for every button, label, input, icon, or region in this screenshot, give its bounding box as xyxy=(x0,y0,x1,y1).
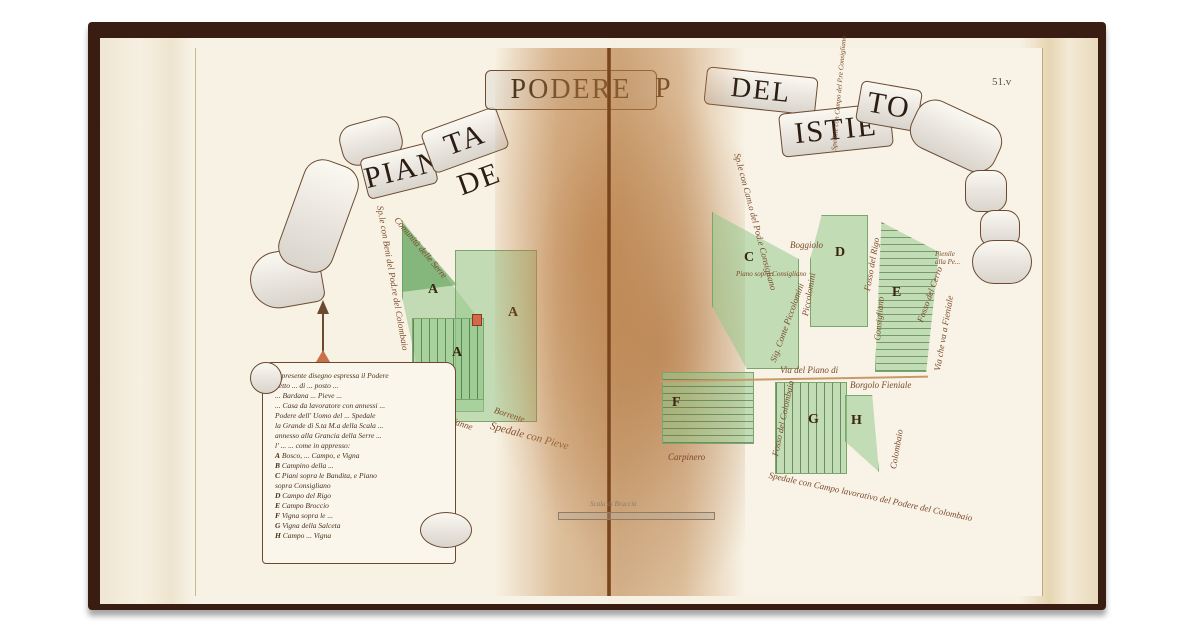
compass-base-icon xyxy=(316,350,330,362)
legend-entry: C Piani sopra le Bandita, e Piano xyxy=(275,471,447,481)
compass-arrowhead-icon xyxy=(317,300,329,314)
parcel-label-f: F xyxy=(672,395,681,411)
legend-entry: A Bosco, ... Campo, e Vigna xyxy=(275,451,447,461)
legend-intro-line: Il presente disegno espressa il Podere xyxy=(275,371,447,381)
label-via-piano: Via del Piano di xyxy=(780,365,838,375)
farmhouse-icon xyxy=(472,314,482,326)
legend-entry: D Campo del Rigo xyxy=(275,491,447,501)
legend-intro-line: detto ... di ... posto ... xyxy=(275,381,447,391)
parcel-label-c: C xyxy=(744,250,754,266)
legend-intro-line: ... Casa da lavoratore con annessi ... xyxy=(275,401,447,411)
parcel-label-e: E xyxy=(892,285,901,301)
parcel-label-g: G xyxy=(808,412,819,428)
legend-intro-line: Podere dell' Uomo del ... Spedale xyxy=(275,411,447,421)
legend-entry: F Vigna sopra le ... xyxy=(275,511,447,521)
label-fienile: Fienile alla Pe... xyxy=(935,250,965,266)
legend-entry: B Campino della ... xyxy=(275,461,447,471)
label-carpinero: Carpinero xyxy=(668,452,705,462)
scroll-curl-bottom xyxy=(420,512,472,548)
label-piano-consigliano: Piano sopra Consigliano xyxy=(736,270,806,278)
label-boggiolo: Boggiolo xyxy=(790,240,823,250)
legend-intro-line: annesso alla Grancia della Serre ... xyxy=(275,431,447,441)
parcel-label-a: A xyxy=(428,282,438,298)
legend-intro-line: l' ... ... come in appresso: xyxy=(275,441,447,451)
parcel-label-h: H xyxy=(851,413,862,429)
scroll-curl-top xyxy=(250,362,282,394)
parcel-d-field xyxy=(810,215,868,327)
legend-intro-line: la Grande di S.ta M.a della Scala ... xyxy=(275,421,447,431)
legend-entry: sopra Consigliano xyxy=(275,481,447,491)
legend-intro-line: ... Bardana ... Pieve ... xyxy=(275,391,447,401)
parcel-label-d: D xyxy=(835,245,845,261)
scale-bar-label: Scala di Braccia xyxy=(590,500,637,508)
parcel-label-a3: A xyxy=(452,345,462,361)
label-borgolo-fieniale: Borgolo Fieniale xyxy=(850,380,911,390)
scale-bar xyxy=(558,512,715,520)
legend-entry: E Campo Broccio xyxy=(275,501,447,511)
folio-number: 51.v xyxy=(992,76,1011,88)
